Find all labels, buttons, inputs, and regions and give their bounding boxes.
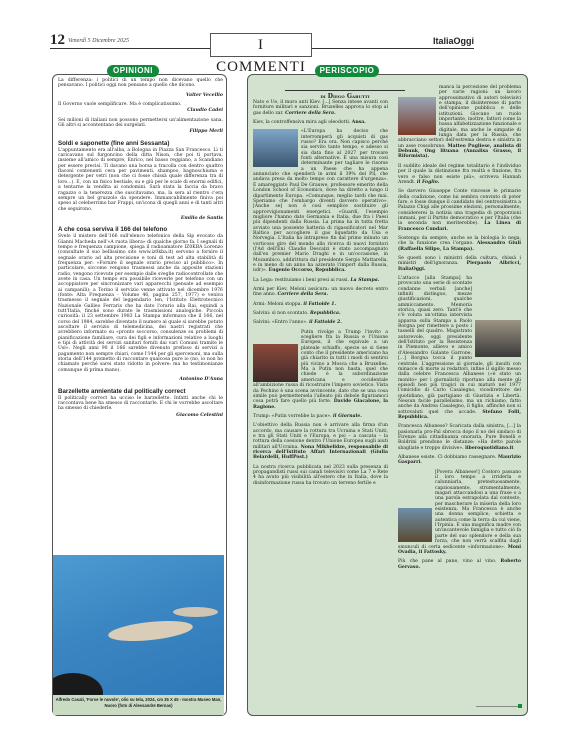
opinion-author: Antonino D'Anna (58, 377, 223, 382)
item-text: Più che pane al pane, vino al vino. (398, 559, 496, 564)
item-text: Salvini: «Entro l'anno». (253, 320, 308, 325)
opinioni-column: La differenza: i politici di un tempo no… (58, 78, 223, 418)
byline: di Diego Gabutti (285, 90, 405, 100)
draghi-photo (253, 129, 298, 167)
item-source: il Fattoide 1. (303, 302, 336, 307)
issue-date: Venerdì 5 Dicembre 2025 (68, 38, 129, 44)
opinion-text: La differenza: i politici di un tempo no… (58, 78, 223, 89)
opinion-text: Sei milioni di italiani non possono perm… (58, 118, 223, 129)
opinion-text: Il Governo vuole semplificare. Ma è comp… (58, 102, 223, 107)
item-text: La nostra ricerca pubblicata nel 2023 su… (253, 465, 388, 486)
opinion-text: Svelo il mistero dell'166 sull'elenco te… (58, 234, 223, 373)
item-text: Trump: «Putin vorrebbe la pace». (253, 414, 332, 419)
opinion-author: Filippo Merli (58, 129, 223, 134)
opinion-author: Emilio de Santis (58, 216, 223, 221)
ovadia-photo (398, 508, 432, 542)
opinioni-badge: OPINIONI (107, 65, 159, 77)
opinion-heading: Soldi e saponette (fine anni Sessanta) (58, 140, 223, 147)
item-source: il Fattoide 2. (309, 320, 342, 325)
opinion-heading: Barzellette annientate dal politically c… (58, 388, 223, 395)
painting-detail (173, 607, 218, 617)
opinion-author: Giacomo Celestini (58, 413, 223, 418)
folli-photo (475, 320, 521, 357)
opinion-author: Valter Vecellio (58, 93, 223, 98)
item-source: liberoquotidiano.it (465, 446, 513, 451)
painting-image (53, 555, 224, 695)
opinion-text: Il politically correct ha ucciso le barz… (58, 396, 223, 412)
item-text: Armi: Meloni stoppa. (253, 302, 302, 307)
periscopio-badge: PERISCOPIO (315, 65, 379, 77)
painting-detail (107, 618, 193, 645)
page-number: 12 (50, 32, 65, 49)
item-source: Repubblica. (310, 311, 341, 316)
item-text: Kiev, la controffensiva mira agli oleodo… (253, 120, 350, 125)
item-text: Salvini: sì non scontato. (253, 311, 309, 316)
item-text: La Lega: restituiamo i beni presi ai rus… (253, 278, 349, 283)
item-source: Corriere della Sera. (285, 111, 336, 116)
periscopio-left-column: Nato e Ue, il muro anti Kiev. [...] Senz… (253, 100, 388, 490)
periscopio-right-column: manca la percezione del problema per var… (398, 85, 521, 574)
putin-photo (253, 344, 298, 382)
painting-detail (53, 673, 103, 695)
brand-logo: ItaliaOggi (433, 36, 474, 46)
opinion-text: L'appuntamento era all'alba, a Bologna i… (58, 148, 223, 212)
end-rule (476, 706, 521, 707)
item-source: Corriere della Sera. (277, 292, 328, 297)
end-square-icon (518, 704, 522, 708)
masthead: 12 Venerdì 5 Dicembre 2025 I COMMENTI It… (50, 32, 474, 49)
opinion-heading: A che cosa serviva il 166 del telefono (58, 226, 223, 233)
item-source: il Foglio. (417, 180, 439, 185)
section-title: I COMMENTI (210, 33, 312, 57)
item-source: Ansa. (352, 120, 366, 125)
opinion-author: Claudio Cadei (58, 108, 223, 113)
item-source: La Stampa. (350, 278, 379, 283)
church-photo (398, 97, 436, 135)
image-caption: Alfredo Casali, 'Forse le nuvole', olio … (53, 695, 224, 715)
item-source: Eugenio Occorso, Repubblica. (269, 268, 346, 273)
item-source: il Giornale. (333, 414, 362, 419)
